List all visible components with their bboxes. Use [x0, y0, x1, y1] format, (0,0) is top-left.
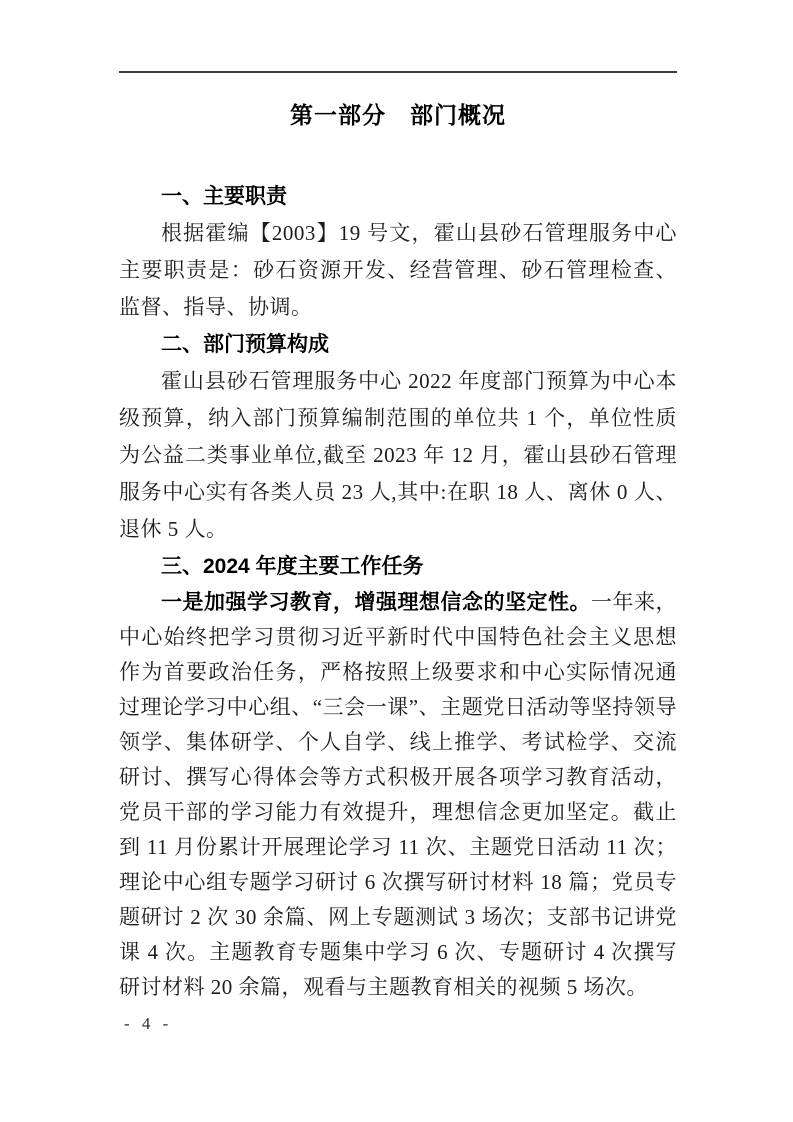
page-title: 第一部分 部门概况	[119, 100, 677, 130]
section-heading-main-duties: 一、主要职责	[119, 178, 677, 215]
header-rule	[119, 71, 677, 73]
section-paragraph-2024-tasks: 一是加强学习教育，增强理想信念的坚定性。一年来，中心始终把学习贯彻习近平新时代中…	[119, 585, 677, 1005]
section-paragraph-budget-composition: 霍山县砂石管理服务中心 2022 年度部门预算为中心本级预算，纳入部门预算编制范…	[119, 363, 677, 548]
section-heading-budget-composition: 二、部门预算构成	[119, 326, 677, 363]
document-page: 第一部分 部门概况 一、主要职责 根据霍编【2003】19 号文，霍山县砂石管理…	[0, 0, 793, 1122]
document-content: 第一部分 部门概况 一、主要职责 根据霍编【2003】19 号文，霍山县砂石管理…	[119, 100, 677, 1005]
page-number: - 4 -	[124, 1014, 172, 1034]
section-heading-2024-tasks: 三、2024 年度主要工作任务	[119, 548, 677, 585]
paragraph-bold-lead: 一是加强学习教育，增强理想信念的坚定性。	[161, 591, 591, 614]
paragraph-body-text: 一年来，中心始终把学习贯彻习近平新时代中国特色社会主义思想作为首要政治任务，严格…	[119, 590, 677, 999]
section-paragraph-main-duties: 根据霍编【2003】19 号文，霍山县砂石管理服务中心主要职责是：砂石资源开发、…	[119, 215, 677, 326]
